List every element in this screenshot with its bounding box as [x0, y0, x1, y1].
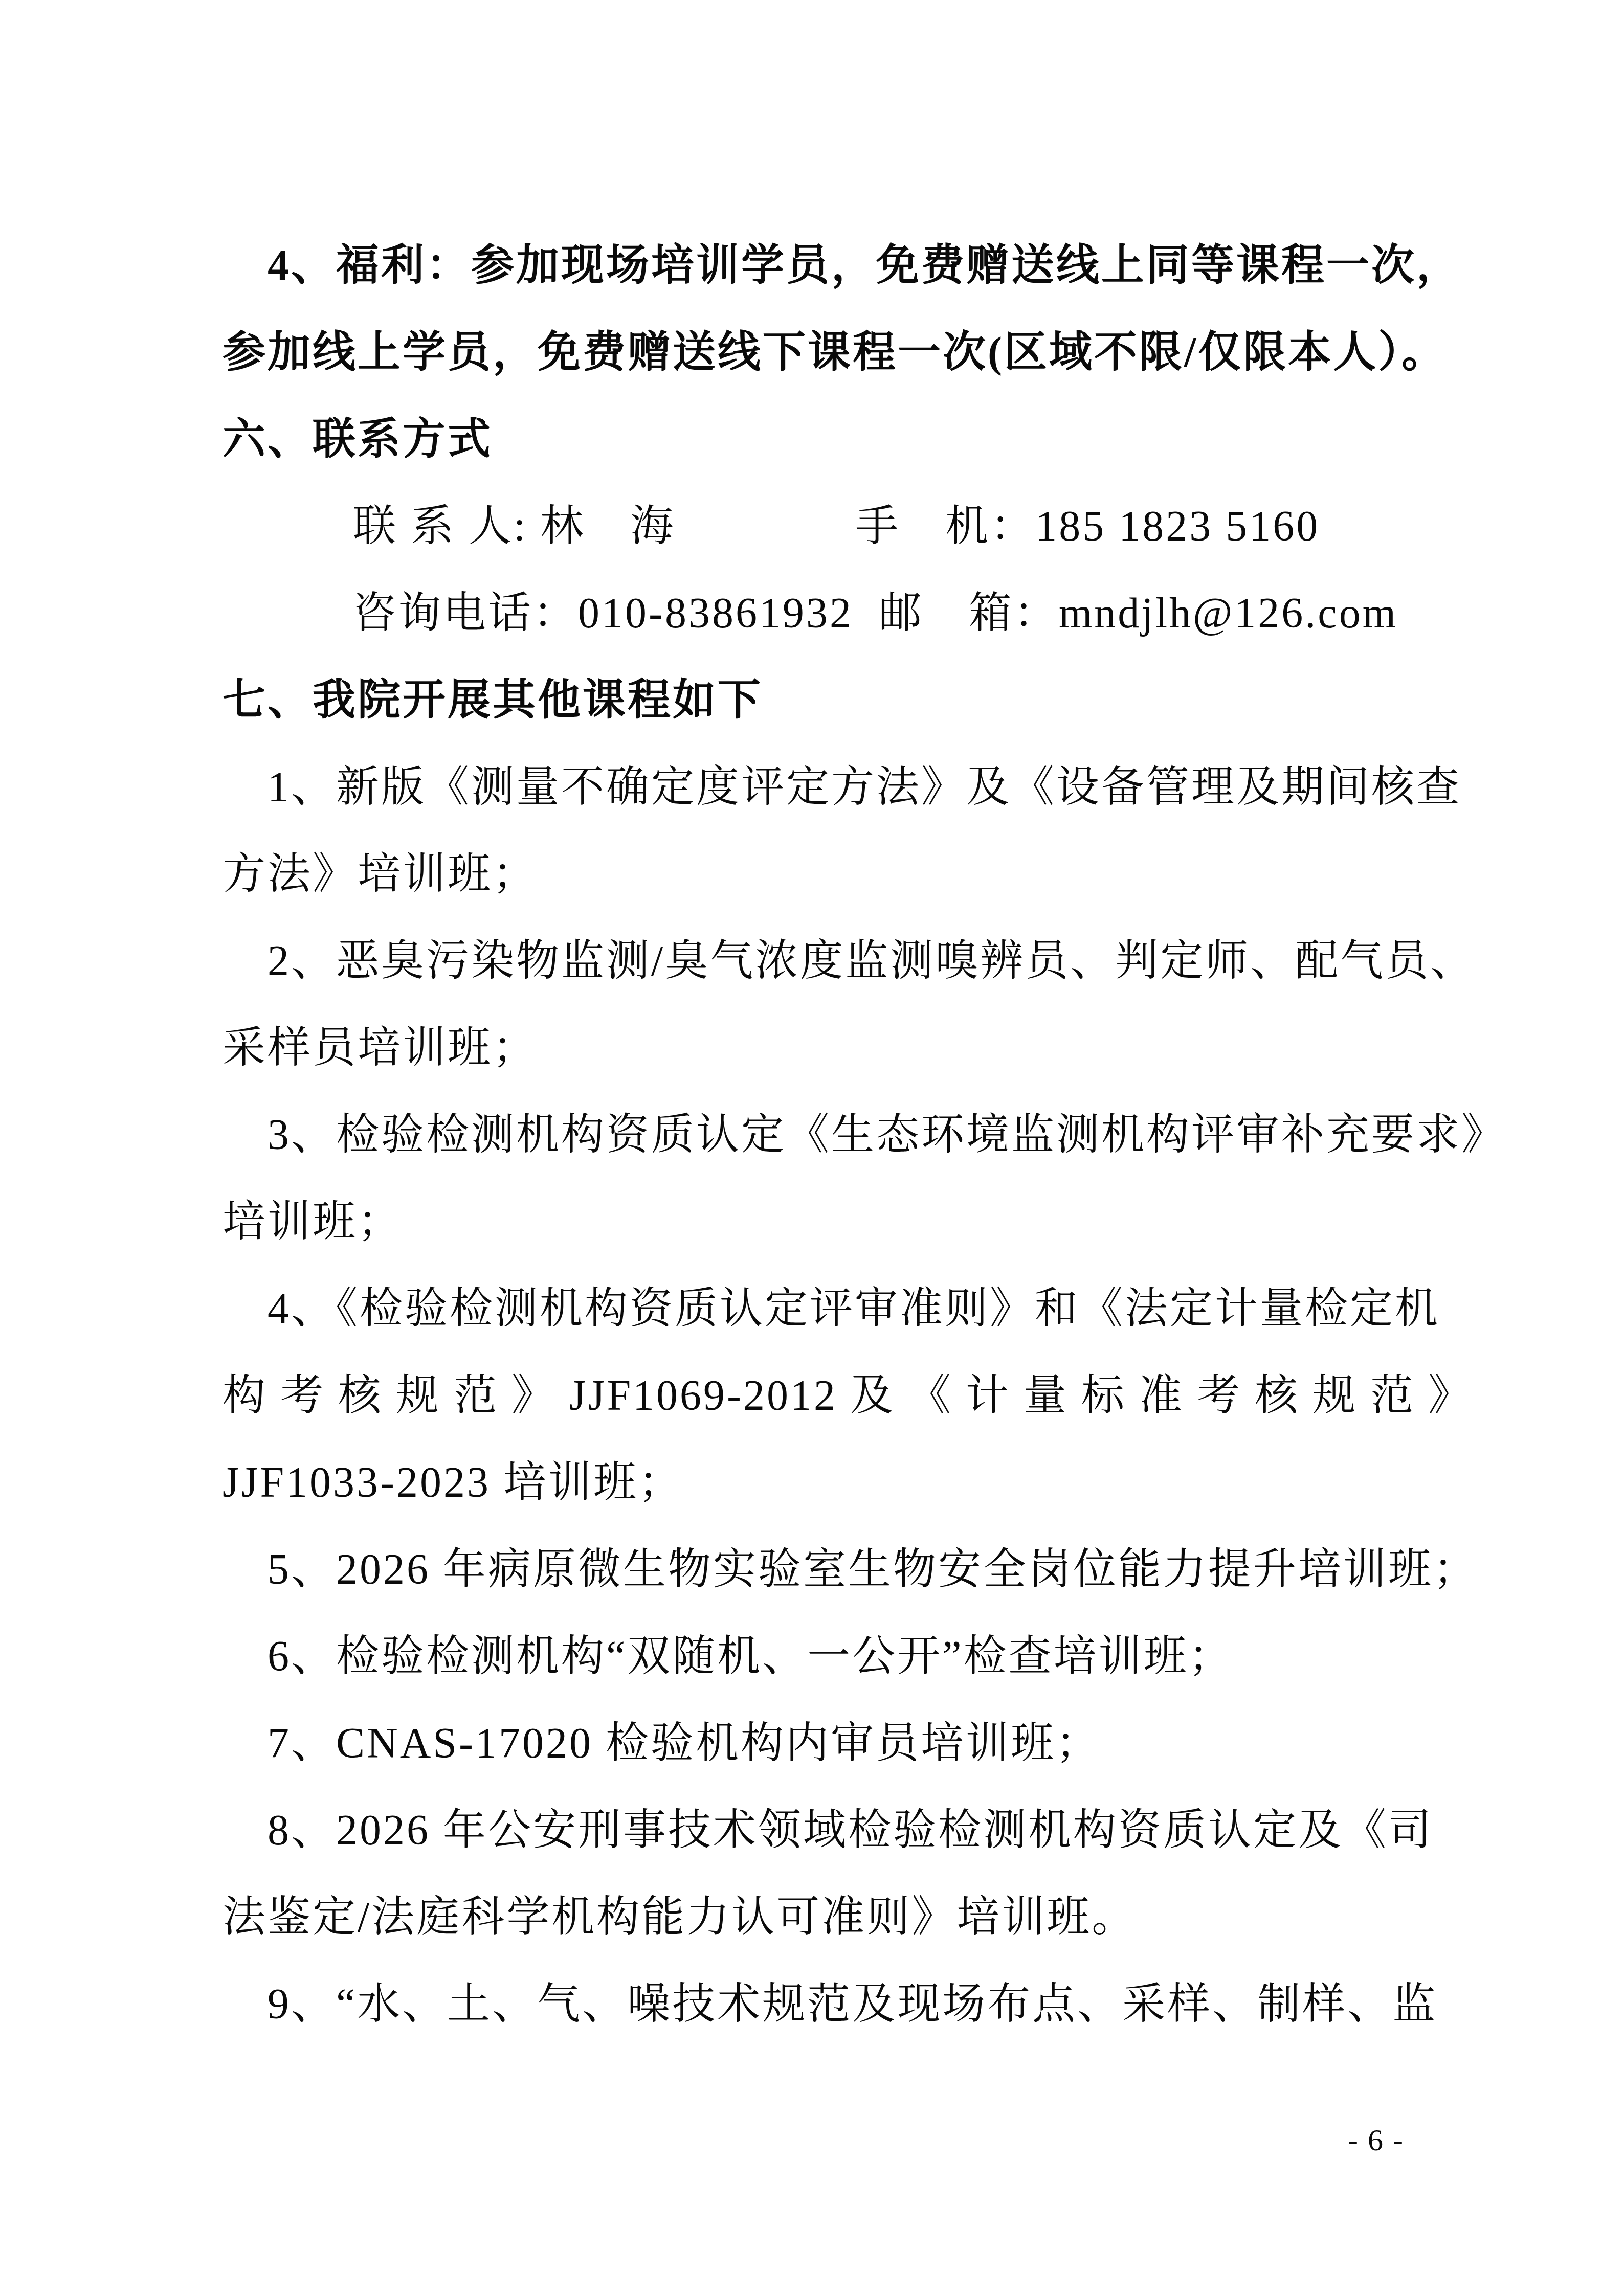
course-item-2-line-2: 采样员培训班； — [223, 1005, 1404, 1092]
document-body: 4、福利：参加现场培训学员，免费赠送线上同等课程一次， 参加线上学员，免费赠送线… — [223, 222, 1404, 2048]
course-item-2-line-1: 2、恶臭污染物监测/臭气浓度监测嗅辨员、判定师、配气员、 — [223, 918, 1404, 1005]
course-item-8-line-2: 法鉴定/法庭科学机构能力认可准则》培训班。 — [223, 1874, 1404, 1961]
course-item-1-line-2: 方法》培训班； — [223, 831, 1404, 918]
paragraph-benefit-line-1: 4、福利：参加现场培训学员，免费赠送线上同等课程一次， — [223, 222, 1404, 309]
paragraph-benefit-line-2: 参加线上学员，免费赠送线下课程一次(区域不限/仅限本人）。 — [223, 309, 1404, 396]
course-item-5: 5、2026 年病原微生物实验室生物安全岗位能力提升培训班； — [223, 1526, 1404, 1613]
section-heading-courses: 七、我院开展其他课程如下 — [223, 657, 1404, 744]
course-item-1-line-1: 1、新版《测量不确定度评定方法》及《设备管理及期间核查 — [223, 744, 1404, 831]
contact-tel-email-line: 咨询电话：010-83861932 邮 箱：mndjlh@126.com — [223, 570, 1404, 657]
course-item-4-line-1: 4、《检验检测机构资质认定评审准则》和《法定计量检定机 — [223, 1266, 1404, 1353]
document-page: 4、福利：参加现场培训学员，免费赠送线上同等课程一次， 参加线上学员，免费赠送线… — [0, 0, 1624, 2296]
course-item-9-line-1: 9、“水、土、气、噪技术规范及现场布点、采样、制样、监 — [223, 1961, 1404, 2048]
course-item-8-line-1: 8、2026 年公安刑事技术领域检验检测机构资质认定及《司 — [223, 1787, 1404, 1874]
course-item-6: 6、检验检测机构“双随机、一公开”检查培训班； — [223, 1613, 1404, 1700]
contact-person-phone-line: 联 系 人: 林 海 手 机：185 1823 5160 — [223, 483, 1404, 570]
course-item-7: 7、CNAS-17020 检验机构内审员培训班； — [223, 1700, 1404, 1787]
course-item-4-line-3: JJF1033-2023 培训班； — [223, 1439, 1404, 1526]
page-number: - 6 - — [1348, 2117, 1404, 2163]
section-heading-contact: 六、联系方式 — [223, 396, 1404, 483]
course-item-3-line-1: 3、检验检测机构资质认定《生态环境监测机构评审补充要求》 — [223, 1092, 1404, 1179]
course-item-4-line-2: 构 考 核 规 范 》 JJF1069-2012 及 《 计 量 标 准 考 核… — [223, 1353, 1404, 1439]
course-item-3-line-2: 培训班； — [223, 1179, 1404, 1266]
